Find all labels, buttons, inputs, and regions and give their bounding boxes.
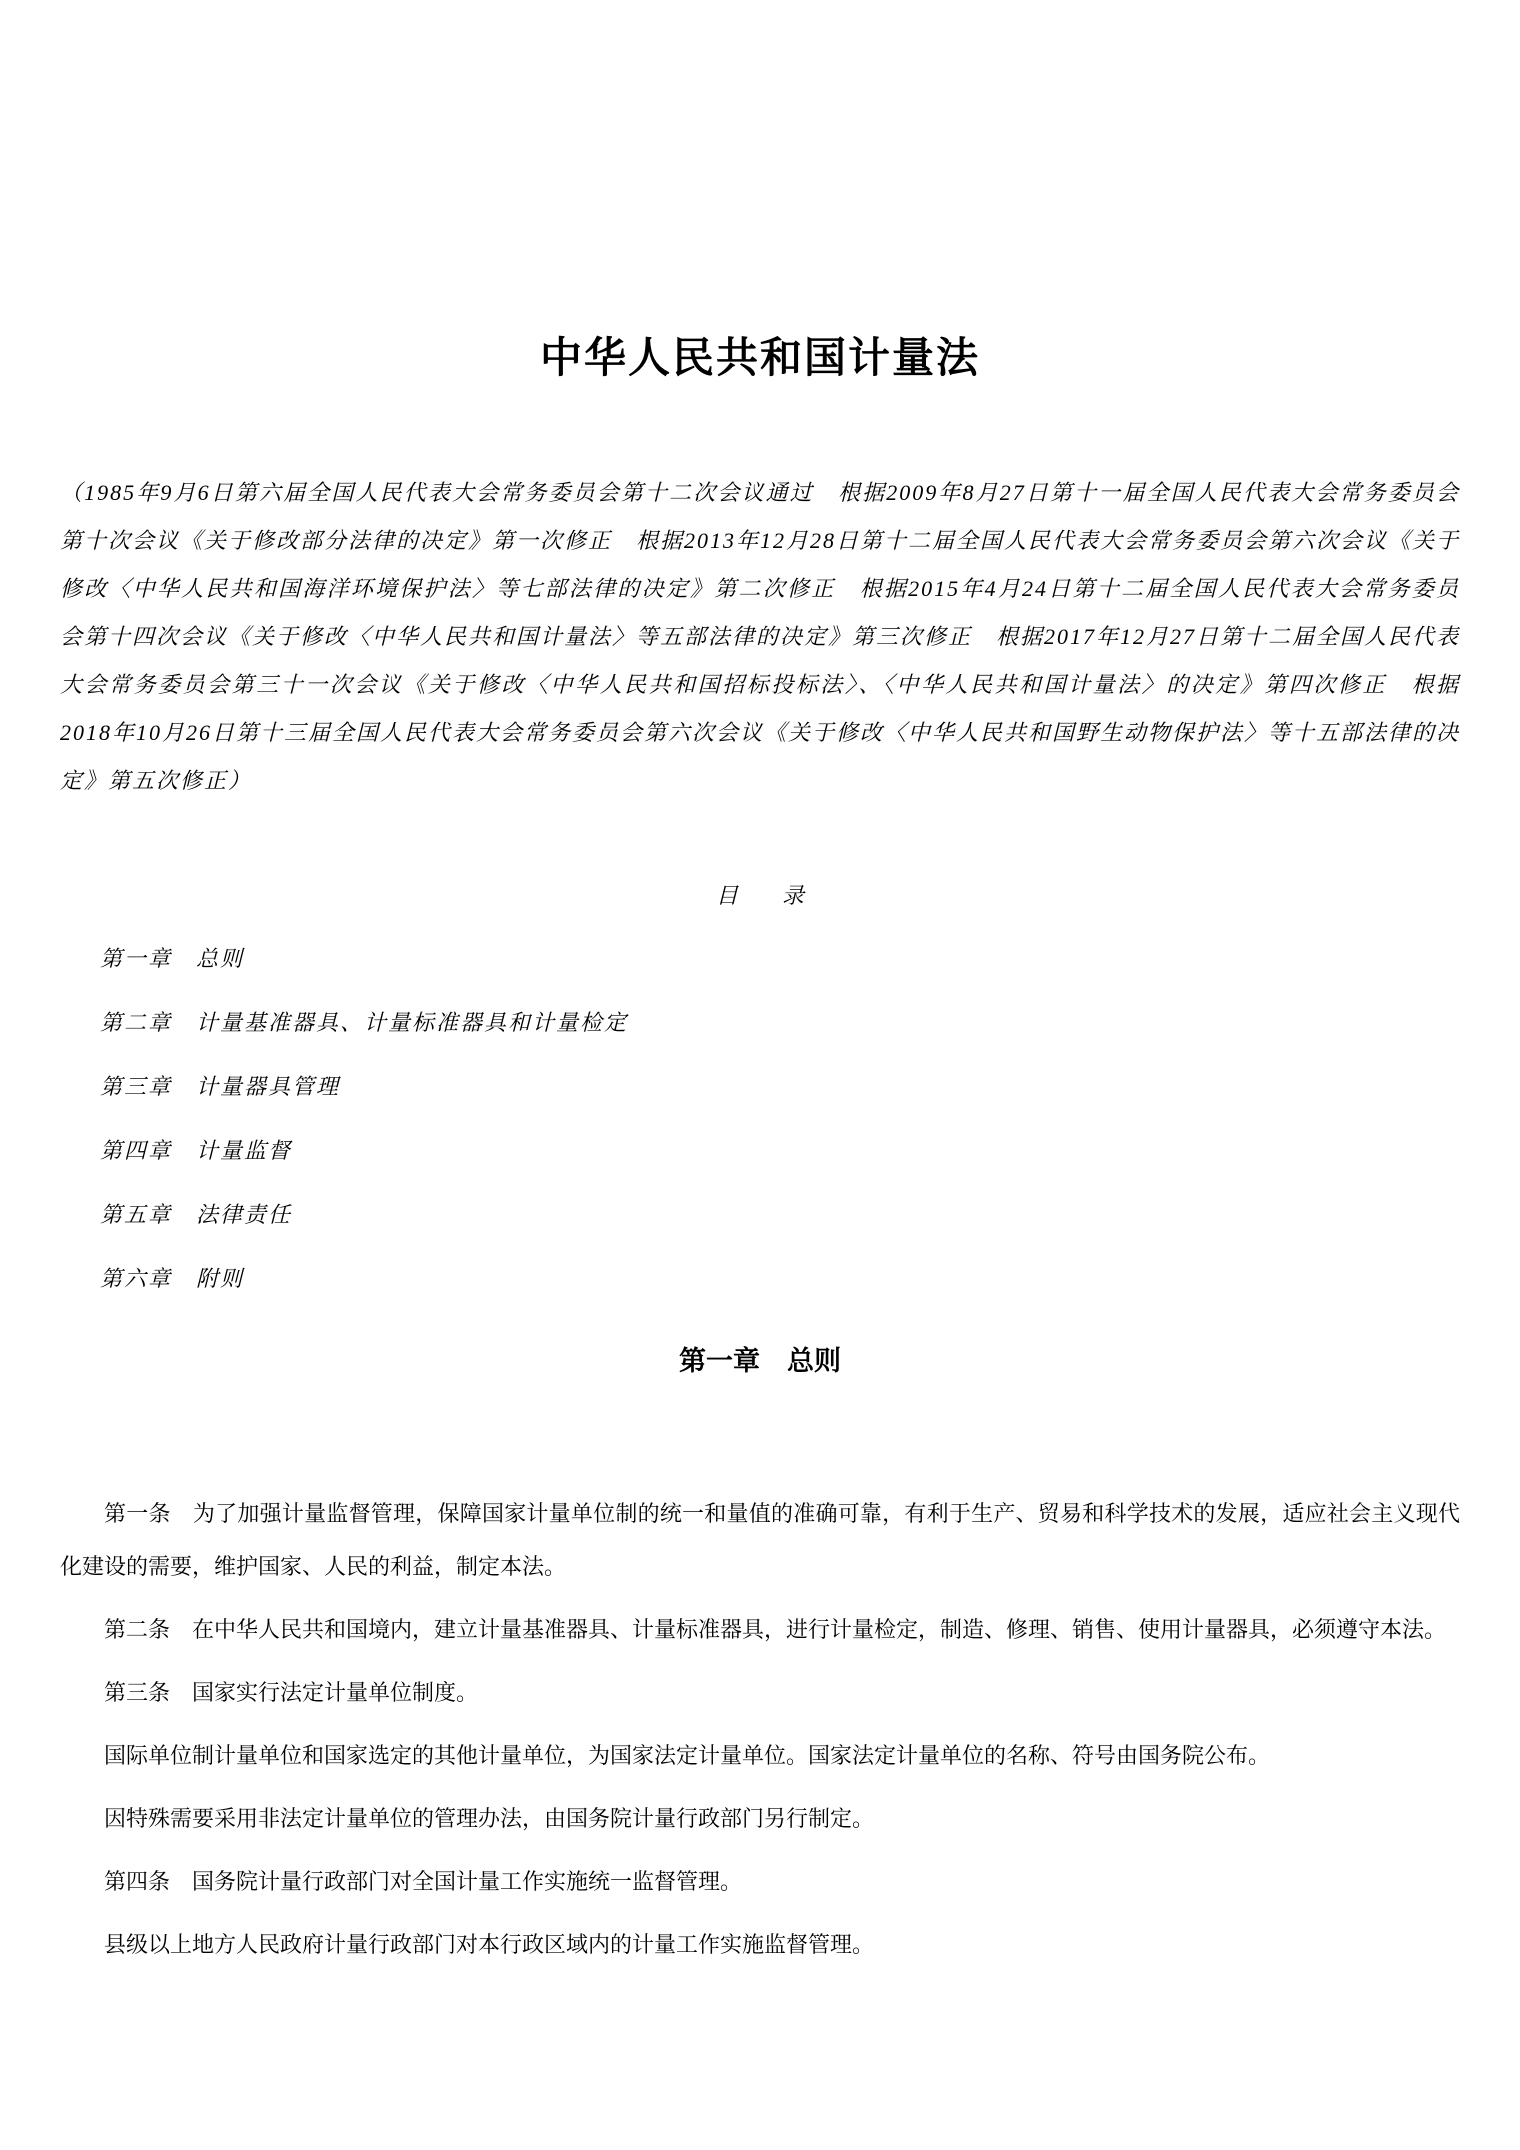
document-page: 中华人民共和国计量法 （1985年9月6日第六届全国人民代表大会常务委员会第十二…	[0, 0, 1520, 2150]
toc-list: 第一章 总则 第二章 计量基准器具、计量标准器具和计量检定 第三章 计量器具管理…	[60, 944, 1460, 1294]
law-paragraph: 县级以上地方人民政府计量行政部门对本行政区域内的计量工作实施监督管理。	[60, 1918, 1460, 1971]
toc-item: 第三章 计量器具管理	[100, 1072, 1460, 1102]
law-articles: 第一条 为了加强计量监督管理，保障国家计量单位制的统一和量值的准确可靠，有利于生…	[60, 1487, 1460, 1971]
toc-item: 第二章 计量基准器具、计量标准器具和计量检定	[100, 1008, 1460, 1038]
law-paragraph: 因特殊需要采用非法定计量单位的管理办法，由国务院计量行政部门另行制定。	[60, 1792, 1460, 1845]
toc-item: 第五章 法律责任	[100, 1200, 1460, 1230]
law-paragraph: 第四条 国务院计量行政部门对全国计量工作实施统一监督管理。	[60, 1855, 1460, 1908]
chapter-1-heading: 第一章 总则	[60, 1343, 1460, 1379]
toc-item: 第一章 总则	[100, 944, 1460, 974]
law-paragraph: 第三条 国家实行法定计量单位制度。	[60, 1666, 1460, 1719]
law-paragraph: 第一条 为了加强计量监督管理，保障国家计量单位制的统一和量值的准确可靠，有利于生…	[60, 1487, 1460, 1593]
document-title: 中华人民共和国计量法	[60, 0, 1460, 386]
preamble-paragraph: （1985年9月6日第六届全国人民代表大会常务委员会第十二次会议通过 根据200…	[60, 469, 1460, 805]
toc-item: 第六章 附则	[100, 1264, 1460, 1294]
law-paragraph: 第二条 在中华人民共和国境内，建立计量基准器具、计量标准器具，进行计量检定，制造…	[60, 1603, 1460, 1656]
toc-heading: 目 录	[60, 881, 1460, 911]
toc-item: 第四章 计量监督	[100, 1136, 1460, 1166]
law-paragraph: 国际单位制计量单位和国家选定的其他计量单位，为国家法定计量单位。国家法定计量单位…	[60, 1729, 1460, 1782]
